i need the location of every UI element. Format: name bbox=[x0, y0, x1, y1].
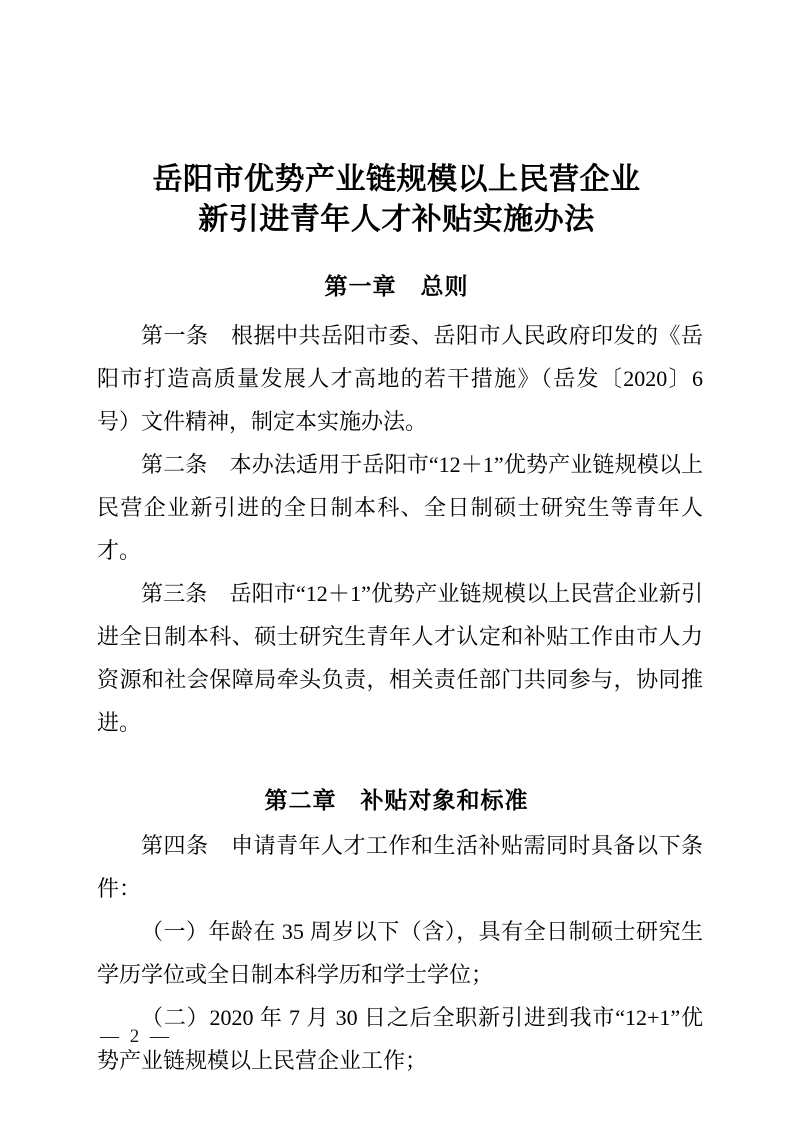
document-title-line-1: 岳阳市优势产业链规模以上民营企业 bbox=[0, 160, 793, 200]
document-title: 岳阳市优势产业链规模以上民营企业 新引进青年人才补贴实施办法 bbox=[0, 160, 793, 240]
article-3-paragraph: 第三条 岳阳市“12＋1”优势产业链规模以上民营企业新引进全日制本科、硕士研究生… bbox=[97, 572, 703, 744]
chapter-2-heading: 第二章 补贴对象和标准 bbox=[0, 784, 793, 816]
article-4-item-2: （二）2020 年 7 月 30 日之后全职新引进到我市“12+1”优势产业链规… bbox=[97, 996, 703, 1082]
article-4-item-1: （一）年龄在 35 周岁以下（含），具有全日制硕士研究生学历学位或全日制本科学历… bbox=[97, 910, 703, 996]
chapter-1-heading: 第一章 总则 bbox=[0, 270, 793, 302]
document-page: 岳阳市优势产业链规模以上民营企业 新引进青年人才补贴实施办法 第一章 总则 第一… bbox=[0, 0, 793, 1122]
article-1-paragraph: 第一条 根据中共岳阳市委、岳阳市人民政府印发的《岳阳市打造高质量发展人才高地的若… bbox=[97, 314, 703, 443]
article-4-paragraph: 第四条 申请青年人才工作和生活补贴需同时具备以下条件： bbox=[97, 824, 703, 910]
page-number: — 2 — bbox=[100, 1026, 172, 1048]
document-title-line-2: 新引进青年人才补贴实施办法 bbox=[0, 200, 793, 240]
article-2-paragraph: 第二条 本办法适用于岳阳市“12＋1”优势产业链规模以上民营企业新引进的全日制本… bbox=[97, 443, 703, 572]
